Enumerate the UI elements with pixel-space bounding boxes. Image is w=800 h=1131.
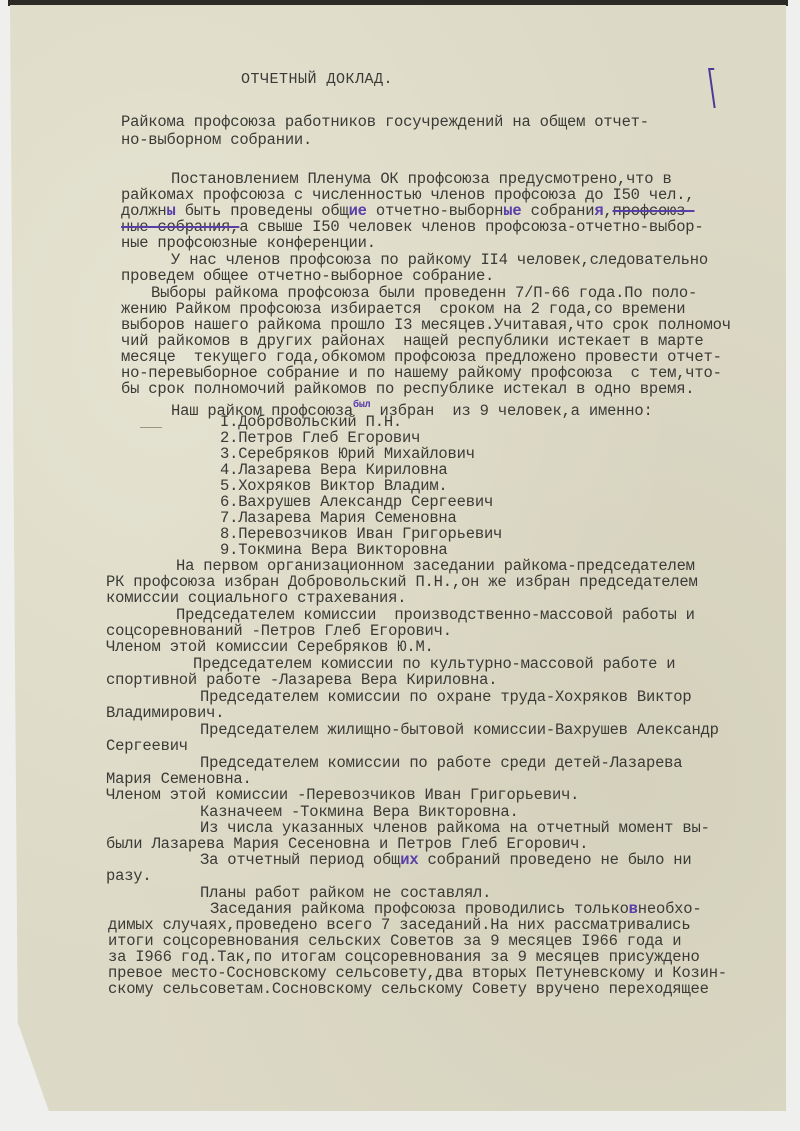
handwritten-correction: их (400, 851, 418, 869)
paragraph-line: но-перевыборное собрание и по нашему рай… (121, 365, 722, 381)
subtitle-line: но-выборном собрании. (121, 132, 312, 148)
member-list-item: 3.Серебряков Юрий Михайлович (220, 446, 475, 462)
paragraph-line: Председателем жилищно-бытовой комиссии-В… (200, 722, 719, 738)
paragraph-line: жению Райком профсоюза избирается сроком… (121, 301, 685, 317)
paragraph-line: димых случаях,проведено всего 7 заседани… (108, 917, 691, 933)
paragraph-line: проведем общее отчетно-выборное собрание… (121, 268, 494, 284)
member-list-item: 6.Вахрушев Александр Сергеевич (220, 494, 493, 510)
paragraph-line-with-corrections: должны быть проведены общие отчетно-выбо… (121, 203, 694, 219)
member-list-item: I.Добровольский П.Н. (220, 414, 402, 430)
paragraph-line: выборов нашего райкома прошло I3 месяцев… (121, 317, 731, 333)
member-list-item: 9.Токмина Вера Викторовна (220, 542, 448, 558)
paragraph-line: превое место-Сосновскому сельсовету,два … (108, 965, 727, 981)
member-list-item: 4.Лазарева Вера Кириловна (220, 462, 448, 478)
paragraph-line: были Лазарева Мария Сесеновна и Петров Г… (106, 836, 588, 852)
paragraph-line: разу. (106, 868, 152, 884)
paragraph-line: На первом организационном заседании райк… (176, 558, 695, 574)
paragraph-line: Постановлением Пленума ОК профсоюза пред… (171, 171, 672, 187)
paragraph-line: Председателем комиссии производственно-м… (176, 607, 695, 623)
paragraph-line: Владимирович. (106, 705, 224, 721)
paragraph-line-with-insertion: Заседания райкома профсоюза проводились … (210, 901, 702, 917)
paragraph-line: Планы работ райком не составлял. (200, 885, 491, 901)
paragraph-line: Казначеем -Токмина Вера Викторовна. (200, 804, 519, 820)
paragraph-line: Членом этой комиссии Серебряков Ю.М. (106, 639, 434, 655)
paragraph-line: Из числа указанных членов райкома на отч… (200, 820, 710, 836)
member-list-item: 5.Хохряков Виктор Владим. (220, 478, 448, 494)
paragraph-line: райкомах профсоюза с численностью членов… (121, 187, 694, 203)
paragraph-line: У нас членов профсоюза по райкому II4 че… (171, 252, 708, 268)
paragraph-line: Председателем комиссии по работе среди д… (200, 755, 682, 771)
paragraph-line: спортивной работе -Лазарева Вера Кирилов… (106, 672, 497, 688)
paragraph-line: Членом этой комиссии -Перевозчиков Иван … (106, 787, 579, 803)
text-fragment: собраний проведено не было ни (418, 851, 691, 869)
typewritten-document: ОТЧЕТНЫЙ ДОКЛАД. Райкома профсоюза работ… (0, 0, 800, 1131)
paragraph-line: комиссии социального страхевания. (106, 590, 406, 606)
text-fragment: За отчетный период общ (200, 851, 400, 869)
paragraph-line: соцсоревнований -Петров Глеб Егорович. (106, 623, 452, 639)
paragraph-line: чий райкомов в других районах нащей респ… (121, 333, 704, 349)
text-fragment: избран из 9 человек,а именно: (370, 402, 652, 420)
paragraph-line: ные профсоюзные конференции. (121, 235, 376, 251)
document-title: ОТЧЕТНЫЙ ДОКЛАД. (241, 72, 393, 88)
paragraph-line: Сергеевич (106, 738, 188, 754)
member-list-item: 7.Лазарева Мария Семеновна (220, 510, 457, 526)
subtitle-line: Райкома профсоюза работников госучрежден… (121, 114, 649, 130)
member-list-item: 2.Петров Глеб Егорович (220, 430, 420, 446)
paragraph-line: бы срок полномочий райкомов по республик… (121, 381, 694, 397)
paragraph-line-with-correction: За отчетный период общих собраний провед… (200, 852, 691, 868)
paragraph-line: Выборы райкома профсоюза были проведенн … (151, 285, 697, 301)
paragraph-line: Председателем комиссии по охране труда-Х… (200, 689, 691, 705)
member-list-item: 8.Перевозчиков Иван Григорьевич (220, 526, 502, 542)
handwritten-insertion: был (353, 400, 370, 411)
paragraph-line: РК профсоюза избран Добровольский П.Н.,о… (106, 574, 698, 590)
paragraph-line: Мария Семеновна. (106, 771, 252, 787)
paragraph-line: итоги соцсоревнования сельских Советов з… (108, 933, 681, 949)
paragraph-line: за I966 год.Так,по итогам соцсоревновани… (108, 949, 700, 965)
paragraph-line: Председателем комиссии по культурно-масс… (193, 656, 675, 672)
paragraph-line: месяце текущего года,обкомом профсоюза п… (121, 349, 722, 365)
paragraph-line-with-strike: ные собрания,а свыше I50 человек членов … (121, 219, 704, 235)
paragraph-line: скому сельсоветам.Сосновскому сельскому … (108, 981, 709, 997)
